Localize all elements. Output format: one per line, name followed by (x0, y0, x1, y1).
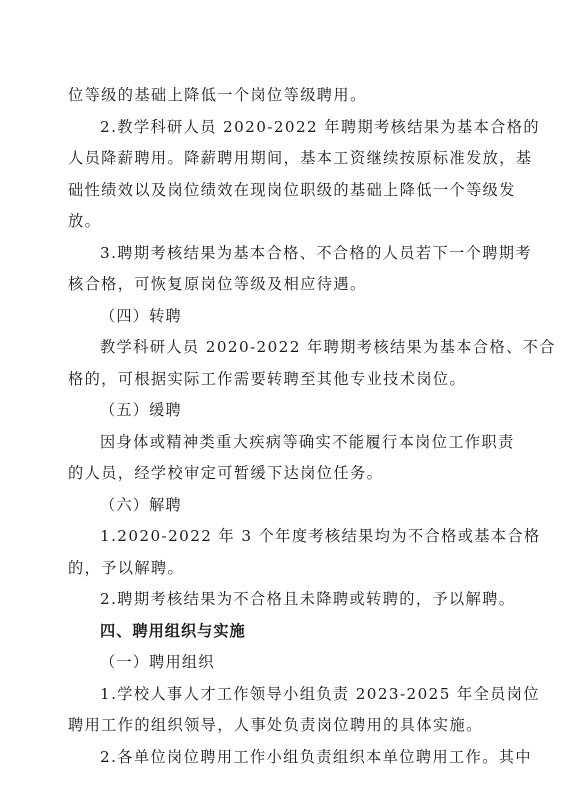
text-line: 格的，可根据实际工作需要转聘至其他专业技术岗位。 (68, 368, 513, 390)
paragraph-item-1: 1.学校人事人才工作领导小组负责 2023-2025 年全员岗位 (100, 683, 513, 705)
text-line: 位等级的基础上降低一个岗位等级聘用。 (68, 84, 513, 106)
document-page: 位等级的基础上降低一个岗位等级聘用。 2.教学科研人员 2020-2022 年聘… (0, 0, 577, 792)
subsection-heading-organization: （一）聘用组织 (100, 651, 513, 673)
paragraph-item-2: 2.各单位岗位聘用工作小组负责组织本单位聘用工作。其中 (100, 746, 513, 768)
text-line: 教学科研人员 2020-2022 年聘期考核结果为基本合格、不合 (100, 336, 513, 358)
paragraph-item-3: 3.聘期考核结果为基本合格、不合格的人员若下一个聘期考 (100, 242, 513, 264)
text-line: 放。 (68, 210, 513, 232)
subsection-heading-deferral: （五）缓聘 (100, 399, 513, 421)
subsection-heading-dismissal: （六）解聘 (100, 494, 513, 516)
paragraph-item-2: 2.教学科研人员 2020-2022 年聘期考核结果为基本合格的 (100, 116, 513, 138)
text-line: 的人员，经学校审定可暂缓下达岗位任务。 (68, 462, 513, 484)
text-line: 聘用工作的组织领导，人事处负责岗位聘用的具体实施。 (68, 714, 513, 736)
text-line: 础性绩效以及岗位绩效在现岗位职级的基础上降低一个等级发 (68, 179, 513, 201)
paragraph-item-1: 1.2020-2022 年 3 个年度考核结果均为不合格或基本合格 (100, 525, 513, 547)
subsection-heading-transfer: （四）转聘 (100, 305, 513, 327)
text-line: 因身体或精神类重大疾病等确实不能履行本岗位工作职责 (100, 431, 513, 453)
text-line: 的，予以解聘。 (68, 557, 513, 579)
text-line: 人员降薪聘用。降薪聘用期间，基本工资继续按原标准发放，基 (68, 147, 513, 169)
text-line: 核合格，可恢复原岗位等级及相应待遇。 (68, 273, 513, 295)
paragraph-item-2: 2.聘期考核结果为不合格且未降聘或转聘的，予以解聘。 (100, 588, 513, 610)
section-heading-4: 四、聘用组织与实施 (100, 620, 513, 642)
